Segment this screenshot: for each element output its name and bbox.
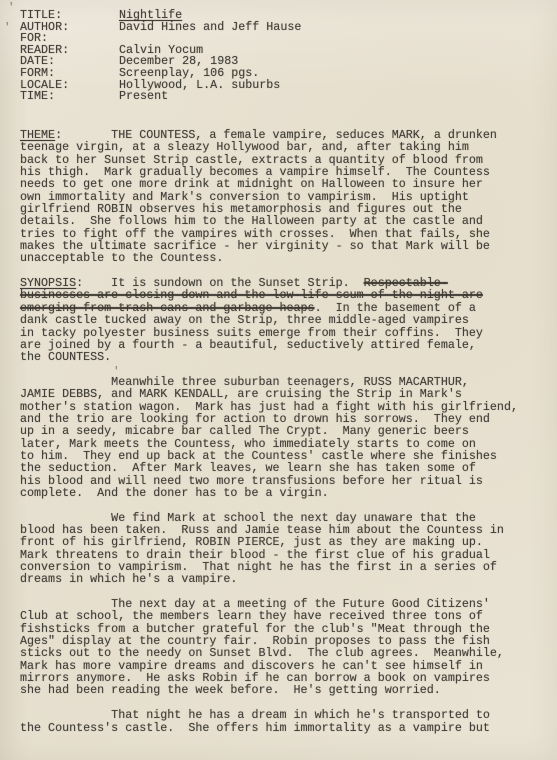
text-segment: dreams in which he's a vampire. xyxy=(20,572,237,586)
text-line: the COUNTESS. xyxy=(20,351,557,363)
text-line: dreams in which he's a vampire. xyxy=(20,573,557,585)
text-segment: unacceptable to the Countess. xyxy=(20,251,223,265)
field-value: Present xyxy=(119,91,168,103)
text-segment: she had been reading the week before. He… xyxy=(20,683,441,697)
paragraph-theme: THEME: THE COUNTESS, a female vampire, s… xyxy=(20,129,557,265)
stray-ink-mark: ' xyxy=(4,22,11,34)
text-line: complete. And the doner has to be a virg… xyxy=(20,487,557,499)
document-body: THEME: THE COUNTESS, a female vampire, s… xyxy=(20,129,557,746)
text-line: she had been reading the week before. He… xyxy=(20,684,557,696)
text-segment: the Countess's castle. She offers him im… xyxy=(20,721,490,735)
field-row-author: AUTHOR:David Hines and Jeff Hause xyxy=(20,22,301,34)
field-label: TIME: xyxy=(20,91,119,103)
paragraph-synopsis-5: That night he has a dream in which he's … xyxy=(20,709,557,734)
field-value: David Hines and Jeff Hause xyxy=(119,22,301,34)
paragraph-synopsis: SYNOPSIS: It is sundown on the Sunset St… xyxy=(20,277,557,363)
field-row-time: TIME:Present xyxy=(20,91,301,103)
text-segment: complete. And the doner has to be a virg… xyxy=(20,486,329,500)
paragraph-synopsis-3: We find Mark at school the next day unaw… xyxy=(20,512,557,586)
text-line: unacceptable to the Countess. xyxy=(20,252,557,264)
stray-ink-mark: ' xyxy=(8,2,15,14)
paragraph-synopsis-2: Meanwhile three suburban teenagers, RUSS… xyxy=(20,376,557,499)
text-line: the Countess's castle. She offers him im… xyxy=(20,722,557,734)
paragraph-synopsis-4: The next day at a meeting of the Future … xyxy=(20,598,557,697)
text-segment: the COUNTESS. xyxy=(20,350,111,364)
title-block: TITLE:NightlifeAUTHOR:David Hines and Je… xyxy=(20,10,301,103)
scanned-script-coverage-page: ''' TITLE:NightlifeAUTHOR:David Hines an… xyxy=(0,0,557,760)
